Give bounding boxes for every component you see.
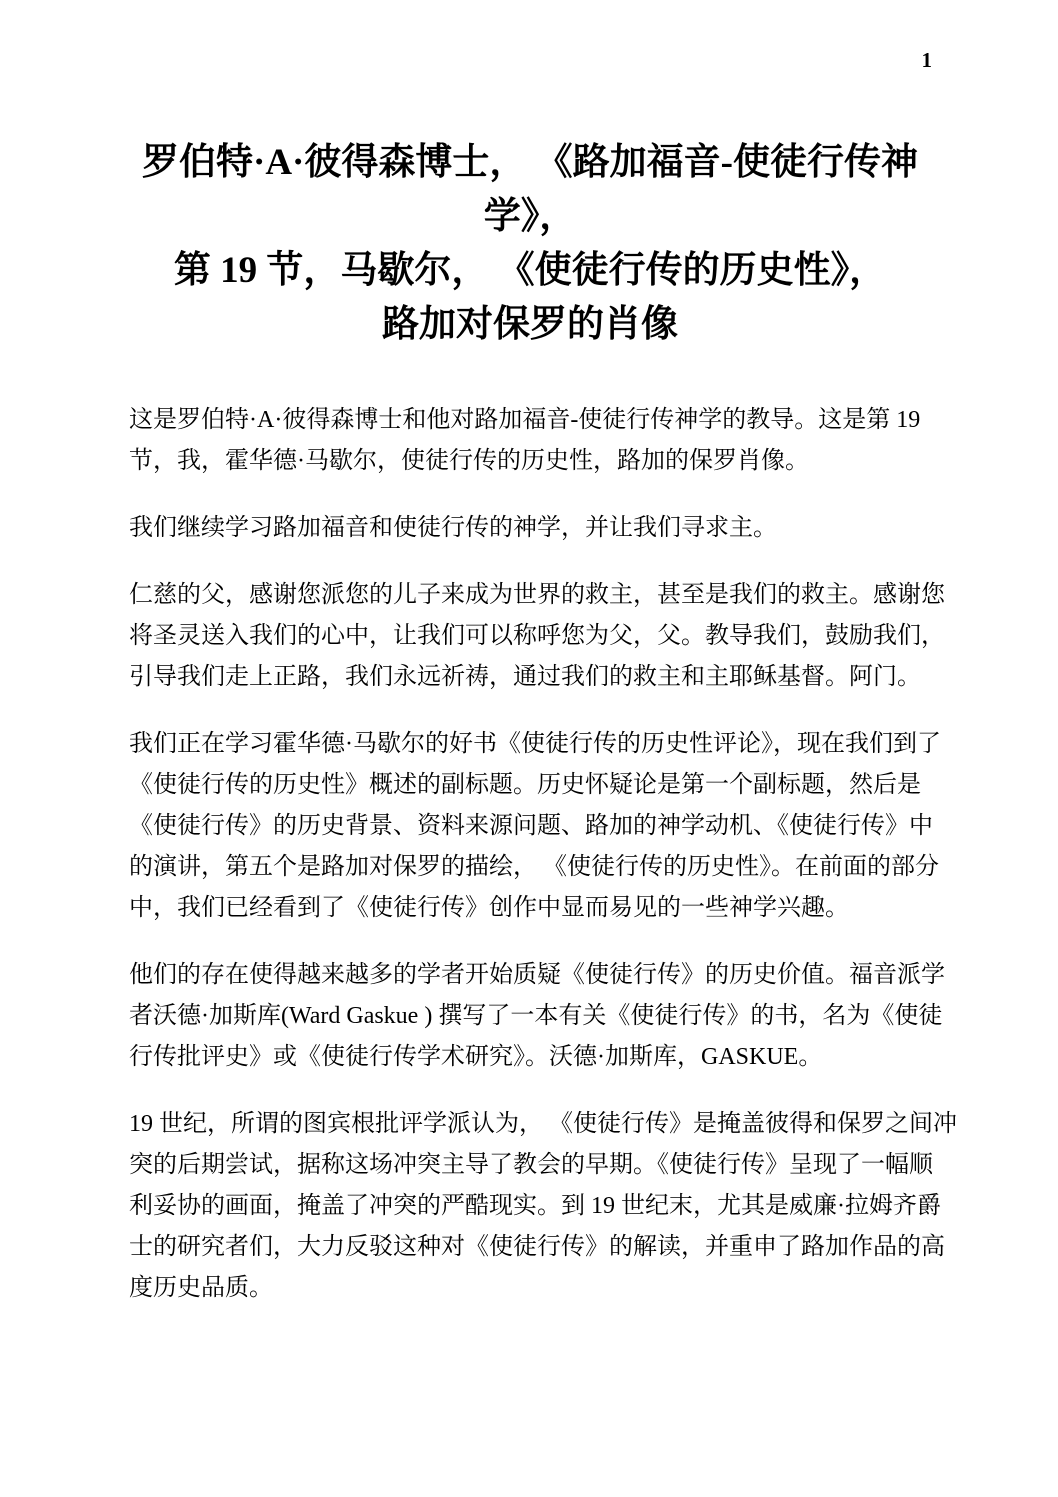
text-line: 《使徒行传》的历史背景、资料来源问题、路加的神学动机、《使徒行传》中 xyxy=(129,806,933,847)
text-line: 将圣灵送入我们的心中，让我们可以称呼您为父，父。教导我们，鼓励我们， xyxy=(129,616,933,657)
paragraph: 19 世纪，所谓的图宾根批评学派认为， 《使徒行传》是掩盖彼得和保罗之间冲 突的… xyxy=(129,1104,933,1309)
text-line: 他们的存在使得越来越多的学者开始质疑《使徒行传》的历史价值。福音派学 xyxy=(129,955,933,996)
paragraph: 仁慈的父，感谢您派您的儿子来成为世界的救主，甚至是我们的救主。感谢您 将圣灵送入… xyxy=(129,575,933,698)
document-page: 1 罗伯特·A·彼得森博士， 《路加福音-使徒行传神 学》， 第 19 节，马歇… xyxy=(0,0,1058,1497)
title-line: 路加对保罗的肖像 xyxy=(129,298,931,352)
text-line: 引导我们走上正路，我们永远祈祷，通过我们的救主和主耶稣基督。阿门。 xyxy=(129,657,933,698)
title-line: 罗伯特·A·彼得森博士， 《路加福音-使徒行传神 xyxy=(129,136,931,190)
title-line: 学》， xyxy=(129,190,931,244)
text-line: 的演讲，第五个是路加对保罗的描绘， 《使徒行传的历史性》。在前面的部分 xyxy=(129,847,933,888)
text-line: 《使徒行传的历史性》概述的副标题。历史怀疑论是第一个副标题，然后是 xyxy=(129,765,933,806)
text-line: 这是罗伯特·A·彼得森博士和他对路加福音-使徒行传神学的教导。这是第 19 xyxy=(129,400,933,441)
paragraph: 这是罗伯特·A·彼得森博士和他对路加福音-使徒行传神学的教导。这是第 19 节，… xyxy=(129,400,933,482)
text-line: 者沃德·加斯库(Ward Gaskue ) 撰写了一本有关《使徒行传》的书，名为… xyxy=(129,996,933,1037)
text-line: 节，我，霍华德·马歇尔，使徒行传的历史性，路加的保罗肖像。 xyxy=(129,441,933,482)
text-line: 度历史品质。 xyxy=(129,1268,933,1309)
text-line: 利妥协的画面，掩盖了冲突的严酷现实。到 19 世纪末，尤其是威廉·拉姆齐爵 xyxy=(129,1186,933,1227)
document-title: 罗伯特·A·彼得森博士， 《路加福音-使徒行传神 学》， 第 19 节，马歇尔，… xyxy=(129,136,931,352)
paragraph: 他们的存在使得越来越多的学者开始质疑《使徒行传》的历史价值。福音派学 者沃德·加… xyxy=(129,955,933,1078)
text-line: 我们继续学习路加福音和使徒行传的神学，并让我们寻求主。 xyxy=(129,508,933,549)
text-line: 士的研究者们，大力反驳这种对《使徒行传》的解读，并重申了路加作品的高 xyxy=(129,1227,933,1268)
title-line: 第 19 节，马歇尔， 《使徒行传的历史性》， xyxy=(129,244,931,298)
page-number: 1 xyxy=(922,50,933,71)
paragraph: 我们继续学习路加福音和使徒行传的神学，并让我们寻求主。 xyxy=(129,508,933,549)
text-line: 行传批评史》或《使徒行传学术研究》。沃德·加斯库，GASKUE。 xyxy=(129,1037,933,1078)
text-line: 仁慈的父，感谢您派您的儿子来成为世界的救主，甚至是我们的救主。感谢您 xyxy=(129,575,933,616)
text-line: 我们正在学习霍华德·马歇尔的好书《使徒行传的历史性评论》，现在我们到了 xyxy=(129,724,933,765)
document-body: 这是罗伯特·A·彼得森博士和他对路加福音-使徒行传神学的教导。这是第 19 节，… xyxy=(129,400,933,1335)
text-line: 19 世纪，所谓的图宾根批评学派认为， 《使徒行传》是掩盖彼得和保罗之间冲 xyxy=(129,1104,933,1145)
text-line: 突的后期尝试，据称这场冲突主导了教会的早期。《使徒行传》呈现了一幅顺 xyxy=(129,1145,933,1186)
paragraph: 我们正在学习霍华德·马歇尔的好书《使徒行传的历史性评论》，现在我们到了 《使徒行… xyxy=(129,724,933,929)
text-line: 中，我们已经看到了《使徒行传》创作中显而易见的一些神学兴趣。 xyxy=(129,888,933,929)
